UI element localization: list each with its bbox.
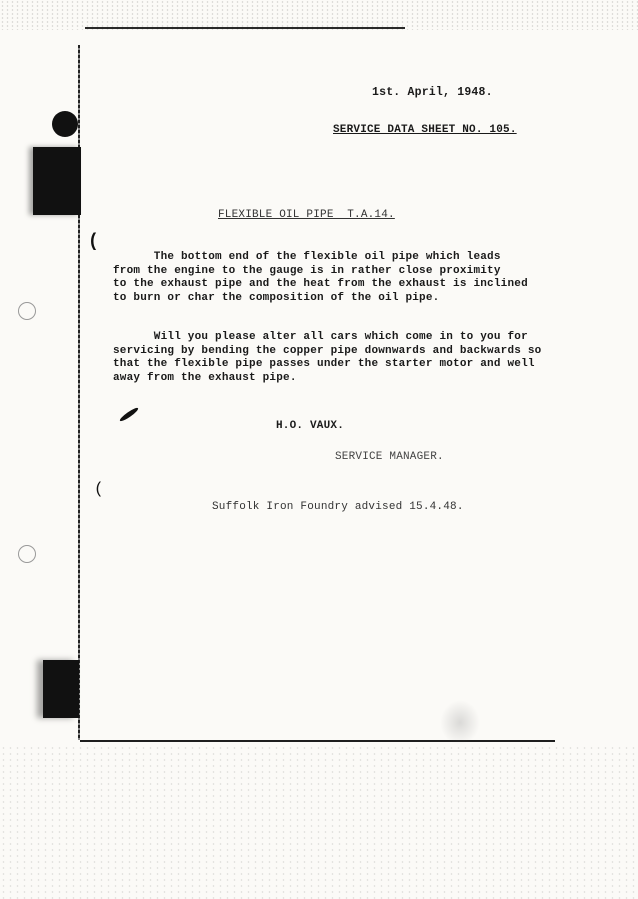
document-date: 1st. April, 1948.	[372, 86, 493, 100]
smudge-mark	[440, 700, 480, 745]
binder-clip-mark-top	[33, 147, 81, 215]
frame-bottom-edge	[80, 740, 555, 742]
punch-hole-icon	[18, 302, 36, 320]
binder-clip-mark-bottom	[43, 660, 79, 718]
punch-hole-icon	[18, 545, 36, 563]
paragraph-2: Will you please alter all cars which com…	[113, 331, 541, 385]
document-title: FLEXIBLE OIL PIPE T.A.14.	[218, 209, 395, 223]
signatory-name: H.O. VAUX.	[276, 420, 344, 434]
crescent-mark-icon: (	[94, 480, 104, 498]
scan-noise-bottom	[0, 745, 638, 899]
paragraph-1: The bottom end of the flexible oil pipe …	[113, 251, 528, 305]
crescent-mark-icon: (	[88, 232, 99, 252]
scanned-page: ( ( 1st. April, 1948. SERVICE DATA SHEET…	[0, 0, 638, 899]
scan-noise-top	[0, 0, 638, 30]
sheet-number: SERVICE DATA SHEET NO. 105.	[333, 124, 517, 138]
handwritten-note: Suffolk Iron Foundry advised 15.4.48.	[212, 501, 464, 515]
punch-hole-dark-icon	[52, 111, 78, 137]
signatory-role: SERVICE MANAGER.	[335, 451, 444, 465]
frame-top-edge	[85, 27, 405, 29]
ink-stroke-mark	[119, 406, 140, 423]
